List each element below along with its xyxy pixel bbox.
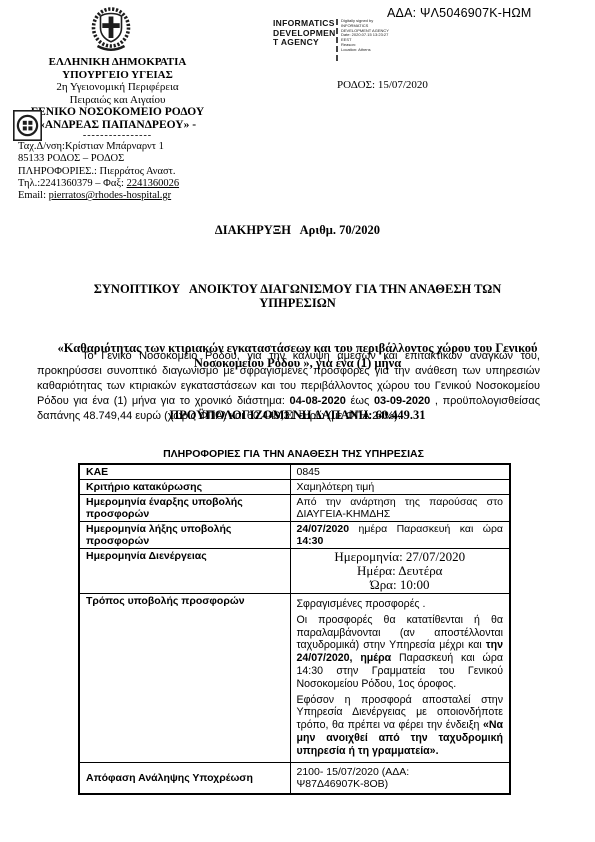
- procurement-info-table-wrap: ΚΑΕ 0845 Κριτήριο κατακύρωσης Χαμηλότερη…: [78, 463, 511, 795]
- signature-detail-line: Location: Athens: [341, 48, 411, 53]
- row-label: Κριτήριο κατακύρωσης: [79, 480, 290, 495]
- decree-title: ΔΙΑΚΗΡΥΞΗ Αριθμ. 70/2020: [0, 223, 595, 238]
- organization-header: ΕΛΛΗΝΙΚΗ ΔΗΜΟΚΡΑΤΙΑ ΥΠΟΥΡΓΕΙΟ ΥΓΕΙΑΣ 2η …: [15, 56, 220, 140]
- email-link[interactable]: pierratos@rhodes-hospital.gr: [49, 190, 172, 201]
- paragraph-text: έως: [346, 395, 374, 407]
- document-page: ΑΔΑ: ΨΛ5046907Κ-ΗΩΜ INFORMATICS DEVELOPM…: [0, 0, 595, 842]
- contact-info-person: ΠΛΗΡΟΦΟΡΙΕΣ.: Πιερράτος Αναστ.: [18, 166, 258, 178]
- header-dashed-divider: ----------------: [15, 131, 220, 140]
- org-line-hospital: ΓΕΝΙΚΟ ΝΟΣΟΚΟΜΕΙΟ ΡΟΔΟΥ: [15, 106, 220, 119]
- submission-paragraph-2: Οι προσφορές θα κατατίθενται ή θα παραλα…: [297, 614, 504, 691]
- conduct-date: Ημερομηνία: 27/07/2020: [297, 550, 504, 564]
- row-label: Τρόπος υποβολής προσφορών: [79, 594, 290, 763]
- row-value: Χαμηλότερη τιμή: [290, 480, 510, 495]
- contact-block: Ταχ.Δ/νση:Κρίστιαν Μπάρναρντ 1 85133 ΡΟΔ…: [18, 141, 258, 202]
- end-date: 03-09-2020: [374, 395, 430, 407]
- announcement-paragraph: Το Γενικό Νοσοκομείο Ρόδου, για την κάλυ…: [37, 349, 540, 424]
- table-row-criterion: Κριτήριο κατακύρωσης Χαμηλότερη τιμή: [79, 480, 510, 495]
- row-value: Από την ανάρτηση της παρούσας στο ΔΙΑΥΓΕ…: [290, 495, 510, 522]
- signature-dashed-divider: [336, 19, 338, 61]
- row-label: Ημερομηνία έναρξης υποβολής προσφορών: [79, 495, 290, 522]
- subject-line1: ΣΥΝΟΠΤΙΚΟΥ ΑΝΟΙΚΤΟΥ ΔΙΑΓΩΝΙΣΜΟΥ ΓΙΑ ΤΗΝ …: [57, 282, 538, 312]
- submission-text: Εφόσον η προσφορά αποσταλεί στην Υπηρεσί…: [297, 694, 504, 732]
- table-row-conduct-date: Ημερομηνία Διενέργειας Ημερομηνία: 27/07…: [79, 549, 510, 594]
- city-date: ΡΟΔΟΣ: 15/07/2020: [337, 79, 428, 91]
- ada-code: ΑΔΑ: ΨΛ5046907Κ-ΗΩΜ: [387, 6, 532, 20]
- org-line-region: 2η Υγειονομική Περιφέρεια: [15, 81, 220, 94]
- fax-number: 2241360026: [127, 178, 180, 189]
- contact-email-line: Email: pierratos@rhodes-hospital.gr: [18, 190, 258, 202]
- deadline-time: 14:30: [297, 535, 324, 547]
- signature-agency-line: T AGENCY: [273, 38, 335, 48]
- row-value: Σφραγισμένες προσφορές . Οι προσφορές θα…: [290, 594, 510, 763]
- tel-prefix: Τηλ.:2241360379 – Φαξ:: [18, 178, 127, 189]
- signature-agency-name: INFORMATICS DEVELOPMEN T AGENCY: [273, 19, 335, 48]
- row-label: ΚΑΕ: [79, 464, 290, 480]
- procurement-info-table: ΚΑΕ 0845 Κριτήριο κατακύρωσης Χαμηλότερη…: [78, 463, 511, 795]
- row-label: Ημερομηνία Διενέργειας: [79, 549, 290, 594]
- conduct-time: Ώρα: 10:00: [297, 578, 504, 592]
- table-caption: ΠΛΗΡΟΦΟΡΙΕΣ ΓΙΑ ΤΗΝ ΑΝΑΘΕΣΗ ΤΗΣ ΥΠΗΡΕΣΙΑ…: [78, 448, 509, 460]
- greek-coat-of-arms-icon: [90, 6, 132, 58]
- row-value: 0845: [290, 464, 510, 480]
- table-row-submission-method: Τρόπος υποβολής προσφορών Σφραγισμένες π…: [79, 594, 510, 763]
- submission-paragraph-3: Εφόσον η προσφορά αποσταλεί στην Υπηρεσί…: [297, 694, 504, 758]
- deadline-date: 24/07/2020: [297, 523, 350, 535]
- contact-address: Ταχ.Δ/νση:Κρίστιαν Μπάρναρντ 1: [18, 141, 258, 153]
- conduct-day: Ημέρα: Δευτέρα: [297, 564, 504, 578]
- deadline-text: ημέρα Παρασκευή και ώρα: [349, 523, 503, 535]
- submission-text: Οι προσφορές θα κατατίθενται ή θα παραλα…: [297, 614, 504, 652]
- contact-city: 85133 ΡΟΔΟΣ – ΡΟΔΟΣ: [18, 153, 258, 165]
- org-line-republic: ΕΛΛΗΝΙΚΗ ΔΗΜΟΚΡΑΤΙΑ: [15, 56, 220, 69]
- table-row-start-date: Ημερομηνία έναρξης υποβολής προσφορών Απ…: [79, 495, 510, 522]
- row-label: Απόφαση Ανάληψης Υποχρέωση: [79, 762, 290, 794]
- table-row-kae: ΚΑΕ 0845: [79, 464, 510, 480]
- start-date: 04-08-2020: [290, 395, 346, 407]
- row-value: Ημερομηνία: 27/07/2020 Ημέρα: Δευτέρα Ώρ…: [290, 549, 510, 594]
- signature-details: Digitally signed by INFORMATICS DEVELOPM…: [341, 19, 411, 53]
- email-label: Email:: [18, 190, 49, 201]
- table-row-commitment-decision: Απόφαση Ανάληψης Υποχρέωση 2100- 15/07/2…: [79, 762, 510, 794]
- row-value: 24/07/2020 ημέρα Παρασκευή και ώρα 14:30: [290, 522, 510, 549]
- org-line-ministry: ΥΠΟΥΡΓΕΙΟ ΥΓΕΙΑΣ: [15, 69, 220, 82]
- table-row-deadline: Ημερομηνία λήξης υποβολής προσφορών 24/0…: [79, 522, 510, 549]
- contact-tel-fax: Τηλ.:2241360379 – Φαξ: 2241360026: [18, 178, 258, 190]
- submission-paragraph-1: Σφραγισμένες προσφορές .: [297, 598, 504, 611]
- row-label: Ημερομηνία λήξης υποβολής προσφορών: [79, 522, 290, 549]
- org-line-region2: Πειραιώς και Αιγαίου: [15, 94, 220, 107]
- row-value: 2100- 15/07/2020 (ΑΔΑ: Ψ87Δ46907Κ-8ΟΒ): [290, 762, 510, 794]
- digital-signature-stamp: INFORMATICS DEVELOPMEN T AGENCY Digitall…: [273, 19, 411, 61]
